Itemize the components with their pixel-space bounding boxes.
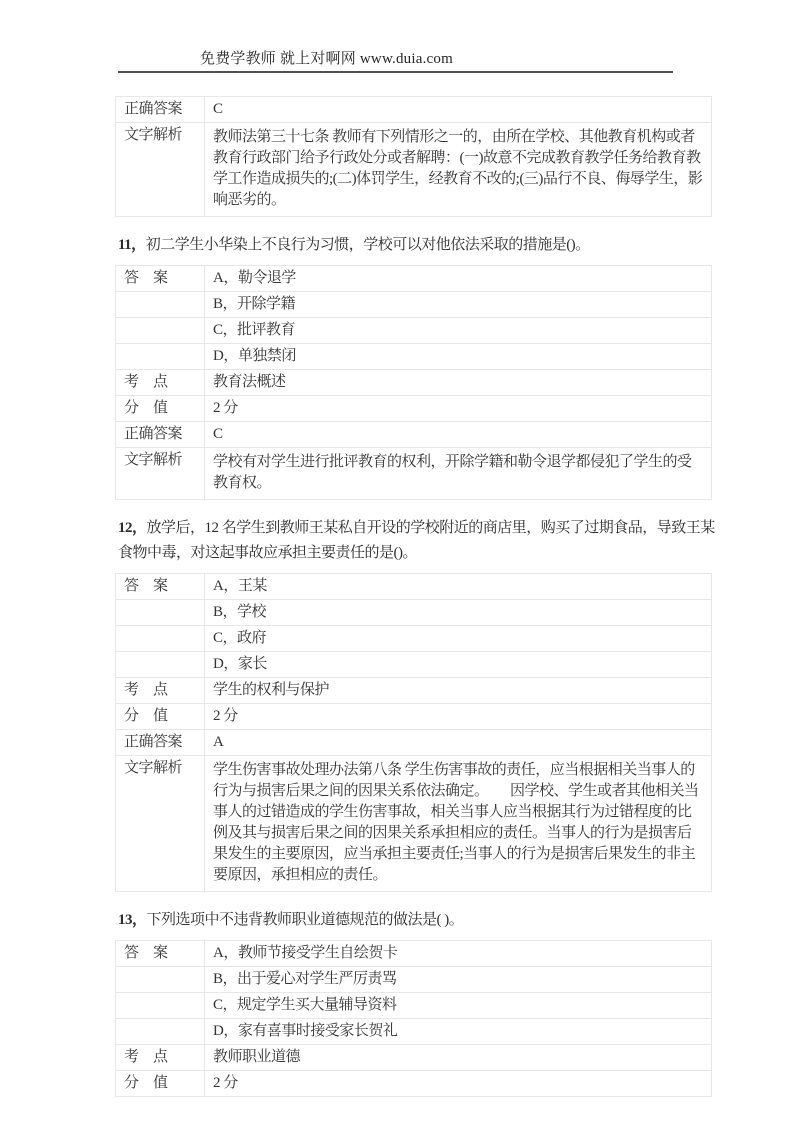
answer-option-row: B，出于爱心对学生严厉责骂 bbox=[116, 967, 712, 993]
page-header-slogan: 免费学教师 就上对啊网 www.duia.com bbox=[0, 50, 723, 68]
question-11-table: 答 案 A，勒令退学 B，开除学籍 C，批评教育 D，单独禁闭 考 点 教育法概… bbox=[115, 265, 712, 500]
score-label: 分 值 bbox=[116, 396, 205, 422]
topic-row: 考 点 教师职业道德 bbox=[116, 1045, 712, 1071]
answer-option-c: C，规定学生买大量辅导资料 bbox=[205, 993, 712, 1019]
correct-answer-value: C bbox=[205, 422, 712, 448]
question-text: 下列选项中不违背教师职业道德规范的做法是( )。 bbox=[147, 912, 464, 928]
answer-option-d: D，单独禁闭 bbox=[205, 344, 712, 370]
answer-option-row: C，批评教育 bbox=[116, 318, 712, 344]
analysis-label: 文字解析 bbox=[116, 123, 205, 217]
answer-option-b: B，开除学籍 bbox=[205, 292, 712, 318]
answer-option-row: C，政府 bbox=[116, 626, 712, 652]
answer-option-row: 答 案 A，王某 bbox=[116, 574, 712, 600]
correct-answer-value: C bbox=[205, 97, 712, 123]
answer-option-row: B，学校 bbox=[116, 600, 712, 626]
answer-option-a: A，教师节接受学生自绘贺卡 bbox=[205, 941, 712, 967]
answer-option-row: B，开除学籍 bbox=[116, 292, 712, 318]
answer-option-d: D，家有喜事时接受家长贺礼 bbox=[205, 1019, 712, 1045]
question-text: 初二学生小华染上不良行为习惯，学校可以对他依法采取的措施是()。 bbox=[146, 237, 590, 253]
answer-label-empty bbox=[116, 652, 205, 678]
score-row: 分 值 2 分 bbox=[116, 396, 712, 422]
answer-option-d: D，家长 bbox=[205, 652, 712, 678]
answer-option-c: C，政府 bbox=[205, 626, 712, 652]
correct-answer-row: 正确答案 C bbox=[116, 97, 712, 123]
answer-label-empty bbox=[116, 318, 205, 344]
topic-value: 教育法概述 bbox=[205, 370, 712, 396]
answer-label-empty bbox=[116, 344, 205, 370]
answer-label-empty bbox=[116, 292, 205, 318]
topic-value: 学生的权利与保护 bbox=[205, 678, 712, 704]
topic-label: 考 点 bbox=[116, 678, 205, 704]
analysis-row: 文字解析 学校有对学生进行批评教育的权利，开除学籍和勒令退学都侵犯了学生的受教育… bbox=[116, 448, 712, 500]
answer-label: 答 案 bbox=[116, 266, 205, 292]
question-number: 13， bbox=[118, 912, 147, 928]
analysis-text: 学校有对学生进行批评教育的权利，开除学籍和勒令退学都侵犯了学生的受教育权。 bbox=[205, 448, 712, 500]
correct-answer-row: 正确答案 A bbox=[116, 730, 712, 756]
answer-option-row: 答 案 A，勒令退学 bbox=[116, 266, 712, 292]
answer-option-row: 答 案 A，教师节接受学生自绘贺卡 bbox=[116, 941, 712, 967]
answer-option-b: B，出于爱心对学生严厉责骂 bbox=[205, 967, 712, 993]
score-label: 分 值 bbox=[116, 704, 205, 730]
answer-label: 答 案 bbox=[116, 941, 205, 967]
analysis-text: 教师法第三十七条 教师有下列情形之一的，由所在学校、其他教育机构或者教育行政部门… bbox=[205, 123, 712, 217]
question-number: 12， bbox=[118, 520, 147, 536]
question-13-stem: 13，下列选项中不违背教师职业道德规范的做法是( )。 bbox=[118, 908, 722, 933]
answer-option-row: D，单独禁闭 bbox=[116, 344, 712, 370]
score-row: 分 值 2 分 bbox=[116, 1071, 712, 1097]
analysis-text: 学生伤害事故处理办法第八条 学生伤害事故的责任，应当根据相关当事人的行为与损害后… bbox=[205, 756, 712, 892]
answer-option-a: A，王某 bbox=[205, 574, 712, 600]
score-label: 分 值 bbox=[116, 1071, 205, 1097]
topic-row: 考 点 教育法概述 bbox=[116, 370, 712, 396]
score-value: 2 分 bbox=[205, 1071, 712, 1097]
carryover-answer-table: 正确答案 C 文字解析 教师法第三十七条 教师有下列情形之一的，由所在学校、其他… bbox=[115, 96, 712, 217]
answer-label-empty bbox=[116, 600, 205, 626]
analysis-row: 文字解析 教师法第三十七条 教师有下列情形之一的，由所在学校、其他教育机构或者教… bbox=[116, 123, 712, 217]
score-row: 分 值 2 分 bbox=[116, 704, 712, 730]
header-divider bbox=[118, 71, 673, 73]
analysis-row: 文字解析 学生伤害事故处理办法第八条 学生伤害事故的责任，应当根据相关当事人的行… bbox=[116, 756, 712, 892]
answer-option-c: C，批评教育 bbox=[205, 318, 712, 344]
correct-answer-label: 正确答案 bbox=[116, 422, 205, 448]
answer-option-row: D，家长 bbox=[116, 652, 712, 678]
answer-label-empty bbox=[116, 993, 205, 1019]
answer-label-empty bbox=[116, 626, 205, 652]
document-page: 免费学教师 就上对啊网 www.duia.com 正确答案 C 文字解析 教师法… bbox=[0, 0, 793, 1122]
answer-label-empty bbox=[116, 1019, 205, 1045]
topic-row: 考 点 学生的权利与保护 bbox=[116, 678, 712, 704]
topic-value: 教师职业道德 bbox=[205, 1045, 712, 1071]
correct-answer-row: 正确答案 C bbox=[116, 422, 712, 448]
topic-label: 考 点 bbox=[116, 1045, 205, 1071]
analysis-label: 文字解析 bbox=[116, 756, 205, 892]
score-value: 2 分 bbox=[205, 704, 712, 730]
answer-option-row: D，家有喜事时接受家长贺礼 bbox=[116, 1019, 712, 1045]
analysis-label: 文字解析 bbox=[116, 448, 205, 500]
question-text: 放学后，12 名学生到教师王某私自开设的学校附近的商店里，购买了过期食品，导致王… bbox=[118, 520, 715, 561]
score-value: 2 分 bbox=[205, 396, 712, 422]
answer-label: 答 案 bbox=[116, 574, 205, 600]
answer-option-row: C，规定学生买大量辅导资料 bbox=[116, 993, 712, 1019]
answer-label-empty bbox=[116, 967, 205, 993]
answer-option-b: B，学校 bbox=[205, 600, 712, 626]
answer-option-a: A，勒令退学 bbox=[205, 266, 712, 292]
question-number: 11， bbox=[118, 237, 146, 253]
question-12-stem: 12，放学后，12 名学生到教师王某私自开设的学校附近的商店里，购买了过期食品，… bbox=[118, 516, 722, 566]
question-12-table: 答 案 A，王某 B，学校 C，政府 D，家长 考 点 学生的权利与保护 分 值… bbox=[115, 573, 712, 892]
topic-label: 考 点 bbox=[116, 370, 205, 396]
correct-answer-value: A bbox=[205, 730, 712, 756]
question-11-stem: 11，初二学生小华染上不良行为习惯，学校可以对他依法采取的措施是()。 bbox=[118, 233, 722, 258]
question-13-table: 答 案 A，教师节接受学生自绘贺卡 B，出于爱心对学生严厉责骂 C，规定学生买大… bbox=[115, 940, 712, 1097]
correct-answer-label: 正确答案 bbox=[116, 730, 205, 756]
correct-answer-label: 正确答案 bbox=[116, 97, 205, 123]
